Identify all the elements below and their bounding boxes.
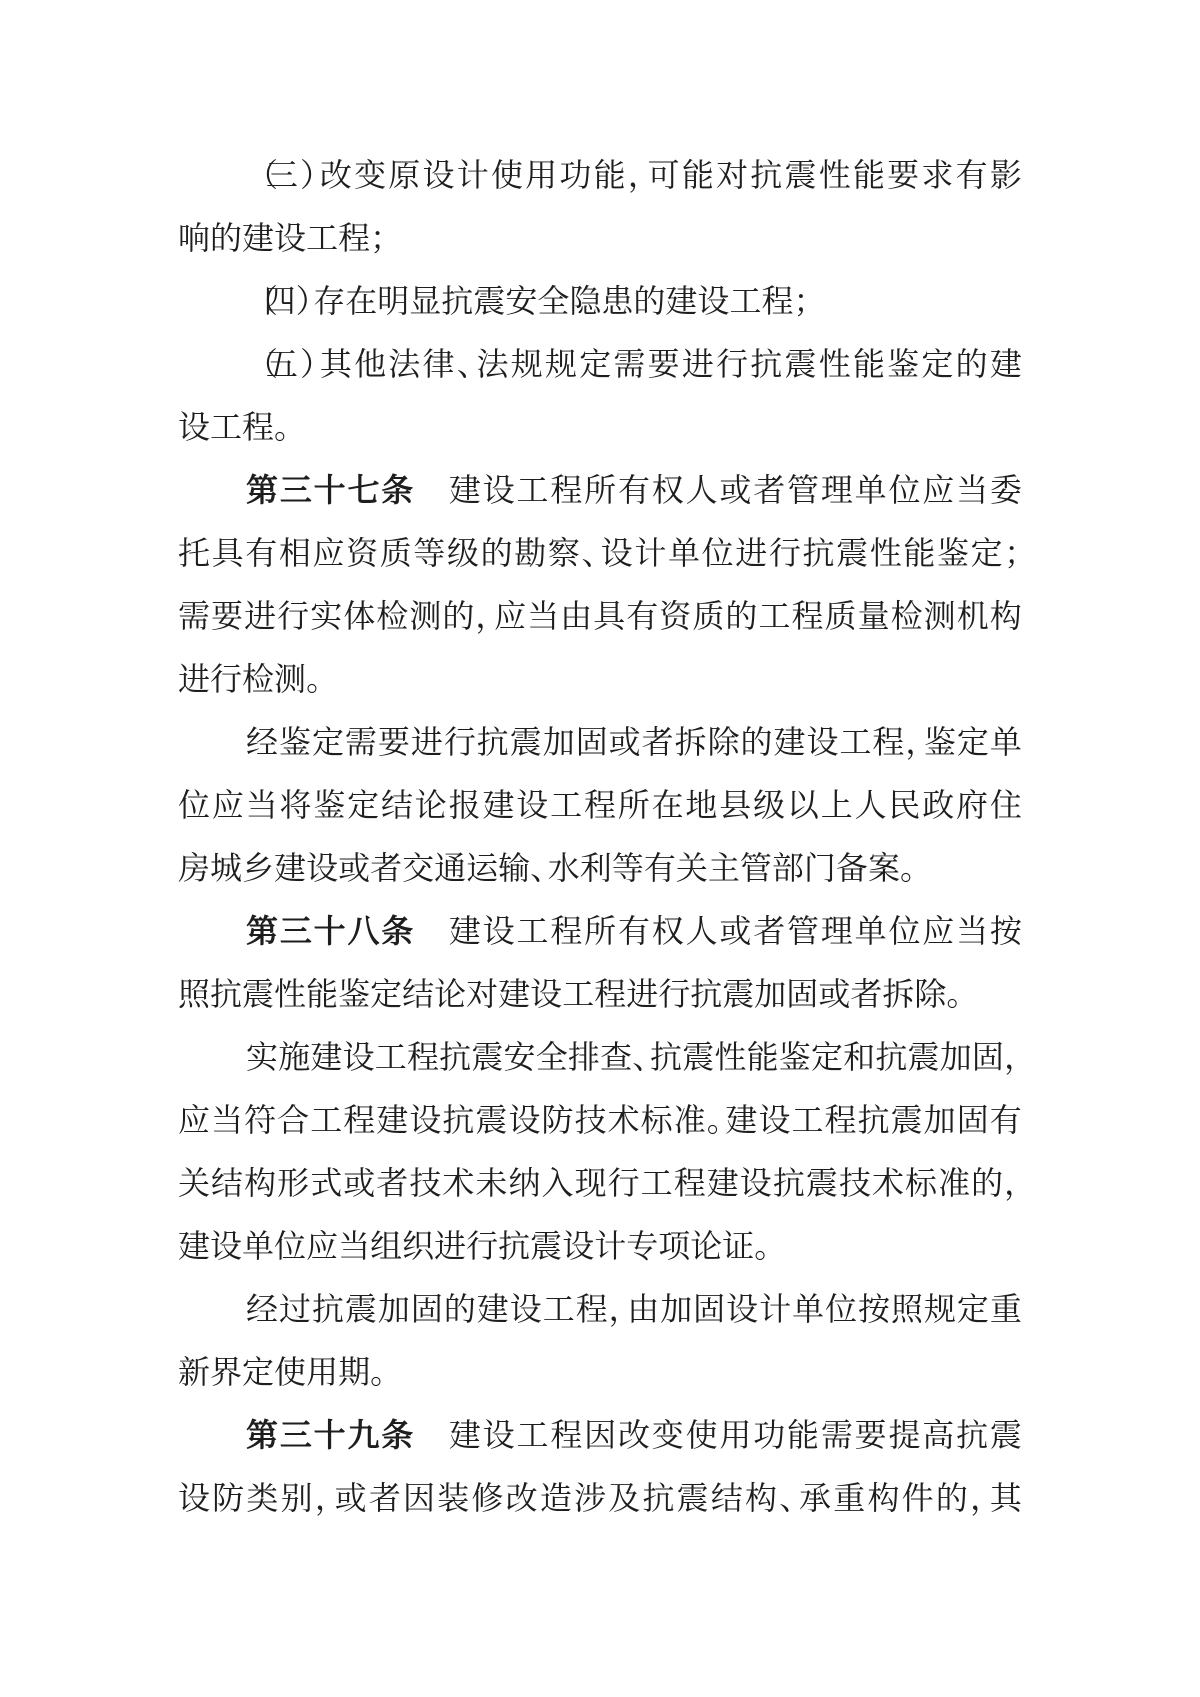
text-segment: 经鉴定需要进行抗震加固或者拆除的建设工程，鉴定单 [246,724,1022,760]
text-segment: 建设工程所有权人或者管理单位应当按 [415,913,1022,949]
text-line: 第三十八条 建设工程所有权人或者管理单位应当按 [178,900,1022,963]
punctuation: 、 [779,1480,799,1516]
punctuation: 、 [632,1039,650,1075]
punctuation: 、 [457,346,477,382]
text-line: （四）存在明显抗震安全隐患的建设工程； [178,270,1022,333]
text-line: 实施建设工程抗震安全排查、抗震性能鉴定和抗震加固， [178,1026,1022,1089]
text-segment: 关结构形式或者技术未纳入现行工程建设抗震技术标准的， [178,1165,1022,1201]
text-segment: 设防类别，或者因装修改造涉及抗震结构、承重构件的，其 [178,1480,1022,1516]
punctuation: （ [246,283,264,319]
punctuation: 。 [754,1228,772,1264]
punctuation: 。 [900,850,918,886]
punctuation: （ [246,157,266,193]
text-segment: （三）改变原设计使用功能，可能对抗震性能要求有影 [246,157,1022,193]
text-segment: 经过抗震加固的建设工程，由加固设计单位按照规定重 [246,1291,1022,1327]
text-segment: 房城乡建设或者交通运输、水利等有关主管部门备案。 [178,850,918,886]
punctuation: ， [609,1291,628,1327]
text-line: 需要进行实体检测的，应当由具有资质的工程质量检测机构 [178,585,1022,648]
text-line: 应当符合工程建设抗震设防技术标准。建设工程抗震加固有 [178,1089,1022,1152]
text-line: 第三十九条 建设工程因改变使用功能需要提高抗震 [178,1404,1022,1467]
text-segment: 响的建设工程； [178,220,388,256]
punctuation: 。 [306,661,324,697]
paragraph: （三）改变原设计使用功能，可能对抗震性能要求有影响的建设工程； [178,144,1022,270]
punctuation: ， [1004,1165,1022,1201]
punctuation: ； [1004,535,1022,571]
paragraph: 经过抗震加固的建设工程，由加固设计单位按照规定重新界定使用期。 [178,1278,1022,1404]
text-line: 位应当将鉴定结论报建设工程所在地县级以上人民政府住 [178,774,1022,837]
paragraph: （五）其他法律、法规规定需要进行抗震性能鉴定的建设工程。 [178,333,1022,459]
text-segment: 实施建设工程抗震安全排查、抗震性能鉴定和抗震加固， [246,1039,1022,1075]
text-line: 关结构形式或者技术未纳入现行工程建设抗震技术标准的， [178,1152,1022,1215]
text-segment: 照抗震性能鉴定结论对建设工程进行抗震加固或者拆除。 [178,976,964,1012]
text-segment: 位应当将鉴定结论报建设工程所在地县级以上人民政府住 [178,787,1022,823]
punctuation: ； [370,220,388,256]
text-line: 新界定使用期。 [178,1341,1022,1404]
text-line: 房城乡建设或者交通运输、水利等有关主管部门备案。 [178,837,1022,900]
punctuation: ， [905,724,924,760]
paragraph: 实施建设工程抗震安全排查、抗震性能鉴定和抗震加固，应当符合工程建设抗震设防技术标… [178,1026,1022,1278]
punctuation: ； [793,283,811,319]
punctuation: ） [296,283,314,319]
text-segment: 托具有相应资质等级的勘察、设计单位进行抗震性能鉴定； [178,535,1022,571]
text-line: 经鉴定需要进行抗震加固或者拆除的建设工程，鉴定单 [178,711,1022,774]
paragraph: 经鉴定需要进行抗震加固或者拆除的建设工程，鉴定单位应当将鉴定结论报建设工程所在地… [178,711,1022,900]
text-line: 设防类别，或者因装修改造涉及抗震结构、承重构件的，其 [178,1467,1022,1530]
punctuation: ， [315,1480,335,1516]
text-segment: 新界定使用期。 [178,1354,388,1390]
punctuation: 。 [707,1102,726,1138]
paragraph: 第三十七条 建设工程所有权人或者管理单位应当委托具有相应资质等级的勘察、设计单位… [178,459,1022,711]
punctuation: 、 [530,850,548,886]
punctuation: 。 [946,976,964,1012]
text-segment: 应当符合工程建设抗震设防技术标准。建设工程抗震加固有 [178,1102,1022,1138]
article-number: 第三十七条 [246,472,415,508]
punctuation: ， [1004,1039,1022,1075]
text-segment: 建设单位应当组织进行抗震设计专项论证。 [178,1228,772,1264]
text-segment: （五）其他法律、法规规定需要进行抗震性能鉴定的建 [246,346,1022,382]
text-segment: 建设工程因改变使用功能需要提高抗震 [415,1417,1022,1453]
text-line: 经过抗震加固的建设工程，由加固设计单位按照规定重 [178,1278,1022,1341]
punctuation: （ [246,346,266,382]
text-block: （三）改变原设计使用功能，可能对抗震性能要求有影响的建设工程；（四）存在明显抗震… [178,144,1022,1530]
text-segment: 设工程。 [178,409,292,445]
punctuation: ） [300,157,320,193]
punctuation: 。 [274,409,292,445]
punctuation: ， [970,1480,990,1516]
punctuation: ， [628,157,648,193]
paragraph: 第三十九条 建设工程因改变使用功能需要提高抗震设防类别，或者因装修改造涉及抗震结… [178,1404,1022,1530]
article-number: 第三十八条 [246,913,415,949]
article-number: 第三十九条 [246,1417,415,1453]
text-line: 托具有相应资质等级的勘察、设计单位进行抗震性能鉴定； [178,522,1022,585]
text-line: （三）改变原设计使用功能，可能对抗震性能要求有影 [178,144,1022,207]
punctuation: ） [300,346,320,382]
text-segment: 需要进行实体检测的，应当由具有资质的工程质量检测机构 [178,598,1022,634]
text-segment: （四）存在明显抗震安全隐患的建设工程； [246,283,811,319]
text-line: 响的建设工程； [178,207,1022,270]
paragraph: 第三十八条 建设工程所有权人或者管理单位应当按照抗震性能鉴定结论对建设工程进行抗… [178,900,1022,1026]
text-segment: 建设工程所有权人或者管理单位应当委 [415,472,1022,508]
paragraph: （四）存在明显抗震安全隐患的建设工程； [178,270,1022,333]
text-line: 照抗震性能鉴定结论对建设工程进行抗震加固或者拆除。 [178,963,1022,1026]
text-segment: 进行检测。 [178,661,324,697]
punctuation: 、 [582,535,601,571]
document-page: （三）改变原设计使用功能，可能对抗震性能要求有影响的建设工程；（四）存在明显抗震… [0,0,1200,1697]
punctuation: ， [475,598,494,634]
text-line: 设工程。 [178,396,1022,459]
text-line: 第三十七条 建设工程所有权人或者管理单位应当委 [178,459,1022,522]
text-line: 建设单位应当组织进行抗震设计专项论证。 [178,1215,1022,1278]
text-line: 进行检测。 [178,648,1022,711]
text-line: （五）其他法律、法规规定需要进行抗震性能鉴定的建 [178,333,1022,396]
punctuation: 。 [370,1354,388,1390]
